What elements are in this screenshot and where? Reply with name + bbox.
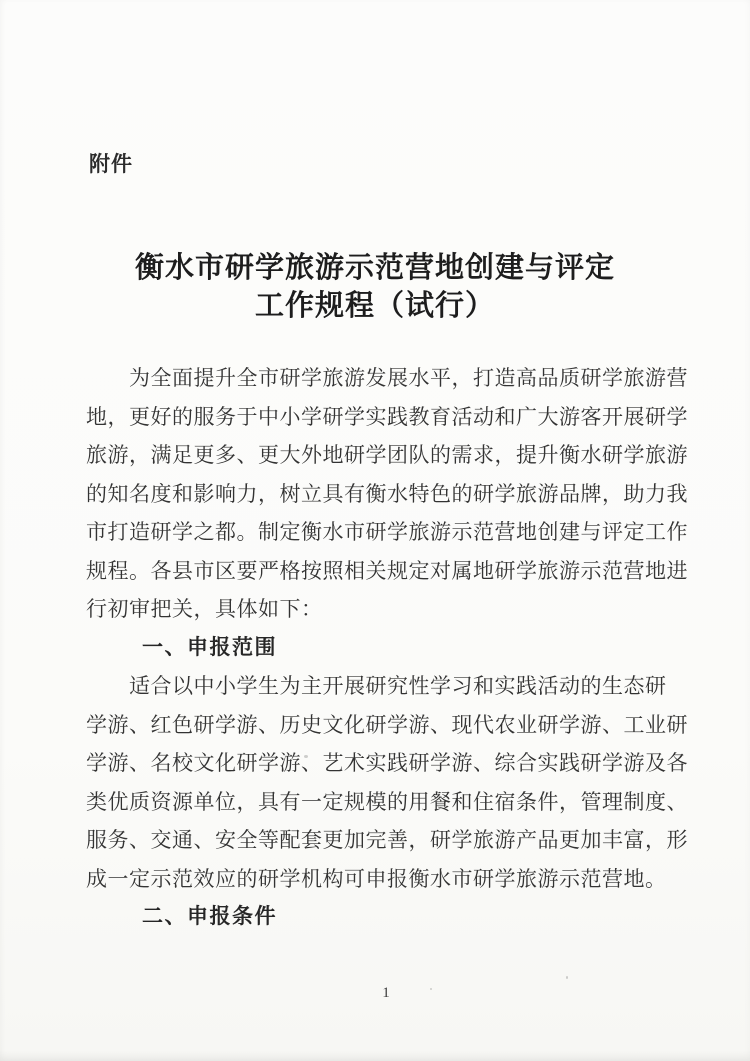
document-title-line-2: 工作规程（试行）: [0, 287, 750, 325]
body-line: 旅游，满足更多、更大外地研学团队的需求，提升衡水研学旅游: [86, 436, 686, 475]
body-line: 服务、交通、安全等配套更加完善，研学旅游产品更加丰富，形: [86, 821, 686, 860]
body-line: 成一定示范效应的研学机构可申报衡水市研学旅游示范营地。: [86, 860, 686, 899]
attachment-label: 附件: [89, 148, 133, 178]
section-heading: 二、申报条件: [86, 898, 686, 937]
scan-speck: [304, 755, 308, 758]
document-title: 衡水市研学旅游示范营地创建与评定 工作规程（试行）: [0, 249, 750, 325]
body-line: 学游、红色研学游、历史文化研学游、现代农业研学游、工业研: [86, 706, 686, 745]
scan-speck: [566, 976, 568, 979]
scan-speck: [430, 988, 432, 990]
body-line: 地，更好的服务于中小学研学实践教育活动和广大游客开展研学: [86, 398, 686, 437]
body-line: 规程。各县市区要严格按照相关规定对属地研学旅游示范营地进: [86, 552, 686, 591]
body-line: 市打造研学之都。制定衡水市研学旅游示范营地创建与评定工作: [86, 513, 686, 552]
body-line: 的知名度和影响力，树立具有衡水特色的研学旅游品牌，助力我: [86, 475, 686, 514]
body-line: 适合以中小学生为主开展研究性学习和实践活动的生态研: [86, 667, 686, 706]
page-number: 1: [0, 985, 750, 1002]
scanned-document-page: 附件 衡水市研学旅游示范营地创建与评定 工作规程（试行） 为全面提升全市研学旅游…: [0, 0, 750, 1061]
body-line: 为全面提升全市研学旅游发展水平，打造高品质研学旅游营: [86, 359, 686, 398]
body-line: 行初审把关，具体如下：: [86, 590, 686, 629]
document-body: 为全面提升全市研学旅游发展水平，打造高品质研学旅游营地，更好的服务于中小学研学实…: [86, 359, 686, 937]
body-line: 类优质资源单位，具有一定规模的用餐和住宿条件，管理制度、: [86, 783, 686, 822]
document-title-line-1: 衡水市研学旅游示范营地创建与评定: [0, 249, 750, 287]
body-line: 学游、名校文化研学游、艺术实践研学游、综合实践研学游及各: [86, 744, 686, 783]
section-heading: 一、申报范围: [86, 629, 686, 668]
